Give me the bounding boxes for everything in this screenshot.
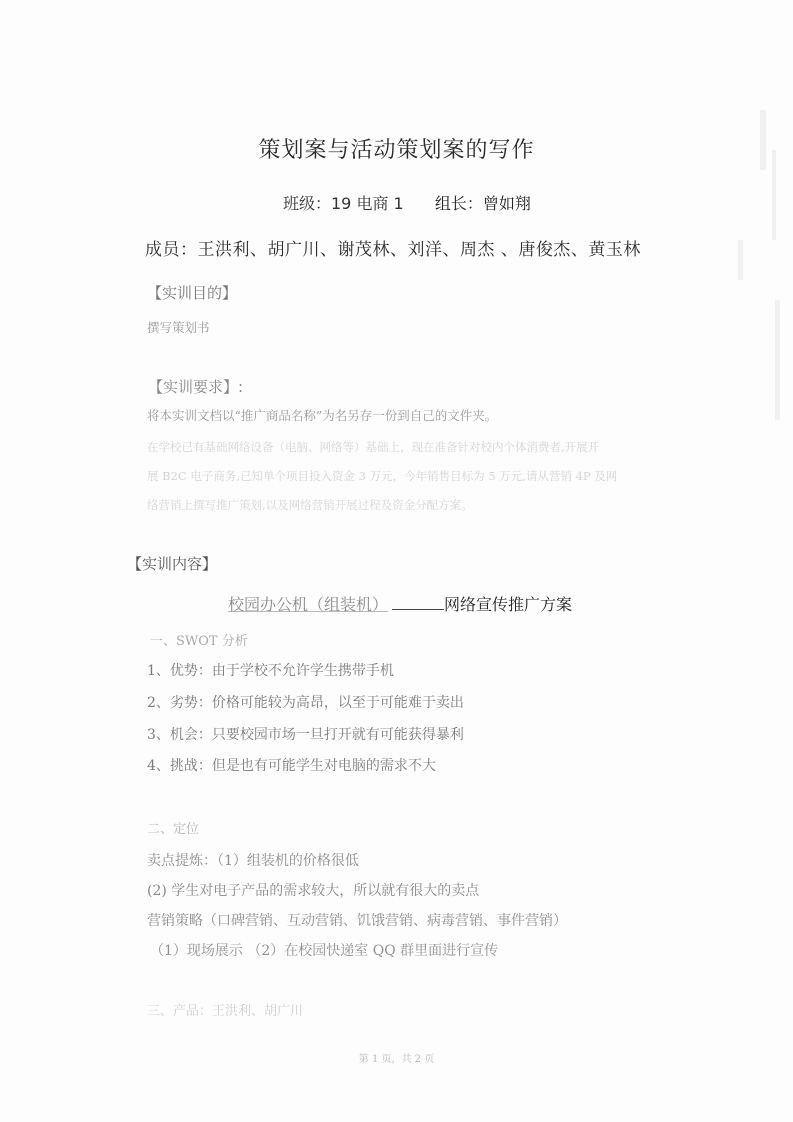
scan-artifact xyxy=(738,240,743,280)
product-line: 三、产品：王洪利、胡广川 xyxy=(147,1000,303,1019)
swot-item: 3、机会：只要校园市场一旦打开就有可能获得暴利 xyxy=(147,724,464,744)
scan-artifact xyxy=(775,300,780,420)
requirement-line: 展 B2C 电子商务,已知单个项目投入资金 3 万元，今年销售目标为 5 万元,… xyxy=(147,468,617,484)
swot-item: 4、挑战：但是也有可能学生对电脑的需求不大 xyxy=(147,755,436,775)
class-info: 班级：19 电商 1 组长：曾如翔 xyxy=(283,191,531,214)
blank-underline xyxy=(392,595,444,610)
requirement-line: 将本实训文档以“推广商品名称”为名另存一份到自己的文件夹。 xyxy=(147,406,497,424)
class-label: 班级：19 电商 1 xyxy=(283,194,404,213)
swot-item: 1、优势：由于学校不允许学生携带手机 xyxy=(147,660,394,680)
group-leader: 组长：曾如翔 xyxy=(435,194,531,213)
purpose-text: 撰写策划书 xyxy=(147,318,210,336)
positioning-item: 卖点提炼：（1）组装机的价格很低 xyxy=(147,850,359,870)
group-members: 成员：王洪利、胡广川、谢茂林、刘洋、周杰 、唐俊杰、黄玉林 xyxy=(145,235,641,260)
plan-product-name: 校园办公机（组装机） xyxy=(228,595,388,614)
document-page: 策划案与活动策划案的写作 班级：19 电商 1 组长：曾如翔 成员：王洪利、胡广… xyxy=(0,0,793,1122)
requirement-line: 在学校已有基础网络设备（电脑、网络等）基础上，现在准备针对校内个体消费者,开展开 xyxy=(147,439,599,455)
plan-title-suffix: 网络宣传推广方案 xyxy=(444,595,572,614)
positioning-item: 营销策略（口碑营销、互动营销、饥饿营销、病毒营销、事件营销） xyxy=(147,910,567,930)
positioning-item: （1）现场展示 （2）在校园快递室 QQ 群里面进行宣传 xyxy=(150,940,498,960)
document-title: 策划案与活动策划案的写作 xyxy=(0,133,793,164)
positioning-item: (2) 学生对电子产品的需求较大，所以就有很大的卖点 xyxy=(147,880,479,900)
page-footer: 第 1 页，共 2 页 xyxy=(0,1050,793,1065)
section-heading-requirements: 【实训要求】: xyxy=(148,376,243,397)
positioning-heading: 二、定位 xyxy=(147,818,199,837)
section-heading-content: 【实训内容】 xyxy=(127,553,217,574)
requirement-line: 络营销上撰写推广策划,以及网络营销开展过程及资金分配方案。 xyxy=(147,497,473,513)
plan-title: 校园办公机（组装机）网络宣传推广方案 xyxy=(228,592,572,615)
swot-heading: 一、SWOT 分析 xyxy=(150,630,248,649)
swot-item: 2、劣势：价格可能较为高昂，以至于可能难于卖出 xyxy=(147,692,464,712)
section-heading-purpose: 【实训目的】 xyxy=(147,282,237,303)
